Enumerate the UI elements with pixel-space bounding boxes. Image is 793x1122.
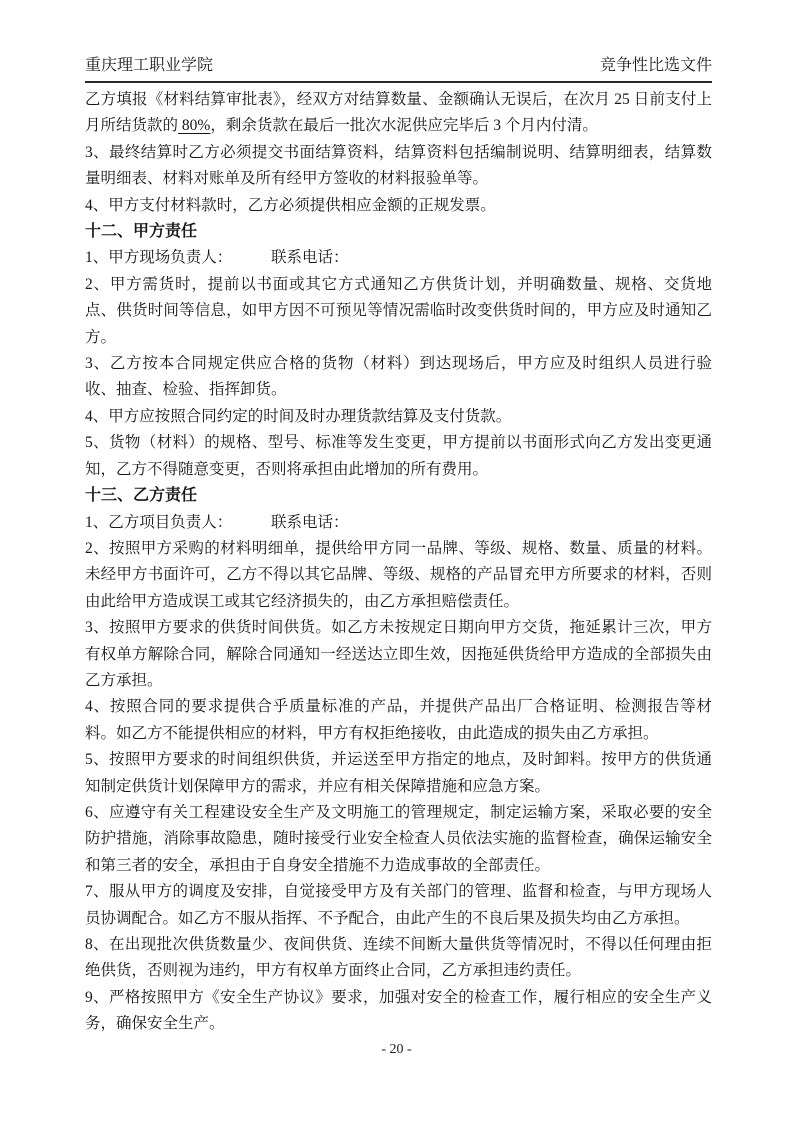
section12-item-1: 1、甲方现场负责人： 联系电话： bbox=[85, 245, 712, 271]
page-footer: - 20 - bbox=[0, 1042, 793, 1058]
section-heading-12: 十二、甲方责任 bbox=[85, 219, 712, 245]
section13-item-2: 2、按照甲方采购的材料明细单，提供给甲方同一品牌、等级、规格、数量、质量的材料。… bbox=[85, 536, 712, 615]
paragraph-invoice: 4、甲方支付材料款时，乙方必须提供相应金额的正规发票。 bbox=[85, 193, 712, 219]
section12-item-2: 2、甲方需货时，提前以书面或其它方式通知乙方供货计划，并明确数量、规格、交货地点… bbox=[85, 272, 712, 351]
paragraph-final-settlement: 3、最终结算时乙方必须提交书面结算资料，结算资料包括编制说明、结算明细表，结算数… bbox=[85, 140, 712, 193]
section13-item-7: 7、服从甲方的调度及安排，自觉接受甲方及有关部门的管理、监督和检查，与甲方现场人… bbox=[85, 879, 712, 932]
section13-item-8: 8、在出现批次供货数量少、夜间供货、连续不间断大量供货等情况时，不得以任何理由拒… bbox=[85, 932, 712, 985]
contract-body: 乙方填报《材料结算审批表》，经双方对结算数量、金额确认无误后，在次月 25 日前… bbox=[85, 87, 712, 1038]
payment-percentage-underlined: 80% bbox=[178, 117, 210, 134]
section12-item-5: 5、货物（材料）的规格、型号、标准等发生变更，甲方提前以书面形式向乙方发出变更通… bbox=[85, 430, 712, 483]
page-number: - 20 - bbox=[381, 1042, 411, 1057]
section12-item-3: 3、乙方按本合同规定供应合格的货物（材料）到达现场后，甲方应及时组织人员进行验收… bbox=[85, 351, 712, 404]
section13-item-5: 5、按照甲方要求的时间组织供货，并运送至甲方指定的地点，及时卸料。按甲方的供货通… bbox=[85, 747, 712, 800]
section12-item-4: 4、甲方应按照合同约定的时间及时办理货款结算及支付货款。 bbox=[85, 404, 712, 430]
document-page: 重庆理工职业学院 竞争性比选文件 乙方填报《材料结算审批表》，经双方对结算数量、… bbox=[0, 0, 793, 1122]
paragraph-payment-terms: 乙方填报《材料结算审批表》，经双方对结算数量、金额确认无误后，在次月 25 日前… bbox=[85, 87, 712, 140]
section13-item-4: 4、按照合同的要求提供合乎质量标准的产品，并提供产品出厂合格证明、检测报告等材料… bbox=[85, 694, 712, 747]
section13-item-1: 1、乙方项目负责人： 联系电话： bbox=[85, 510, 712, 536]
section13-item-6: 6、应遵守有关工程建设安全生产及文明施工的管理规定，制定运输方案，采取必要的安全… bbox=[85, 800, 712, 879]
section13-item-9: 9、严格按照甲方《安全生产协议》要求，加强对安全的检查工作，履行相应的安全生产义… bbox=[85, 985, 712, 1038]
payment-terms-remainder: ，剩余货款在最后一批次水泥供应完毕后 3 个月内付清。 bbox=[210, 117, 598, 134]
header-doc-type: 竞争性比选文件 bbox=[600, 52, 712, 75]
section13-item-3: 3、按照甲方要求的供货时间供货。如乙方未按规定日期向甲方交货，拖延累计三次，甲方… bbox=[85, 615, 712, 694]
header-school-name: 重庆理工职业学院 bbox=[85, 52, 213, 75]
section-heading-13: 十三、乙方责任 bbox=[85, 483, 712, 509]
page-header: 重庆理工职业学院 竞争性比选文件 bbox=[85, 52, 712, 83]
